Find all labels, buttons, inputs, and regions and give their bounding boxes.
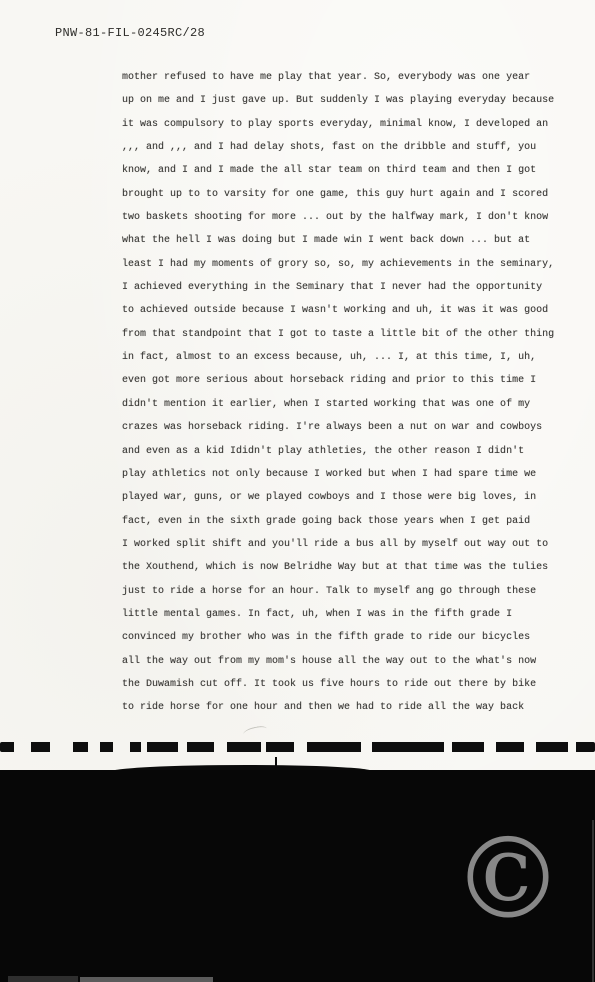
text-line: from that standpoint that I got to taste… [122, 323, 572, 346]
text-line: mother refused to have me play that year… [122, 66, 572, 89]
scan-edge-line [592, 820, 594, 982]
text-line: I worked split shift and you'll ride a b… [122, 533, 572, 556]
text-line: I achieved everything in the Seminary th… [122, 276, 572, 299]
bottom-edge-strip-gray [80, 977, 213, 982]
scanned-document-page: PNW-81-FIL-0245RC/28 mother refused to h… [0, 0, 595, 982]
text-line: ,,, and ,,, and I had delay shots, fast … [122, 136, 572, 159]
text-line: and even as a kid Ididn't play athleties… [122, 440, 572, 463]
text-line: least I had my moments of grory so, so, … [122, 253, 572, 276]
bottom-edge-strip-dark [8, 976, 78, 982]
text-line: played war, guns, or we played cowboys a… [122, 486, 572, 509]
text-line: just to ride a horse for an hour. Talk t… [122, 580, 572, 603]
text-line: what the hell I was doing but I made win… [122, 229, 572, 252]
text-line: even got more serious about horseback ri… [122, 369, 572, 392]
text-line: to achieved outside because I wasn't wor… [122, 299, 572, 322]
text-line: in fact, almost to an excess because, uh… [122, 346, 572, 369]
text-line: know, and I and I made the all star team… [122, 159, 572, 182]
text-line: fact, even in the sixth grade going back… [122, 510, 572, 533]
text-line: the Xouthend, which is now Belridhe Way … [122, 556, 572, 579]
text-line: crazes was horseback riding. I're always… [122, 416, 572, 439]
text-line: little mental games. In fact, uh, when I… [122, 603, 572, 626]
text-line: brought up to to varsity for one game, t… [122, 183, 572, 206]
text-line: up on me and I just gave up. But suddenl… [122, 89, 572, 112]
text-line: it was compulsory to play sports everyda… [122, 113, 572, 136]
text-line: play athletics not only because I worked… [122, 463, 572, 486]
scan-artifact-dash-band [0, 742, 595, 752]
text-line: didn't mention it earlier, when I starte… [122, 393, 572, 416]
document-id: PNW-81-FIL-0245RC/28 [55, 26, 205, 40]
text-line: convinced my brother who was in the fift… [122, 626, 572, 649]
text-line: all the way out from my mom's house all … [122, 650, 572, 673]
typewritten-text-block: mother refused to have me play that year… [122, 66, 572, 720]
text-line: the Duwamish cut off. It took us five ho… [122, 673, 572, 696]
text-line: to ride horse for one hour and then we h… [122, 696, 572, 719]
pencil-smudge-mark [242, 725, 267, 738]
text-line: two baskets shooting for more ... out by… [122, 206, 572, 229]
copyright-symbol-icon: © [452, 824, 564, 936]
